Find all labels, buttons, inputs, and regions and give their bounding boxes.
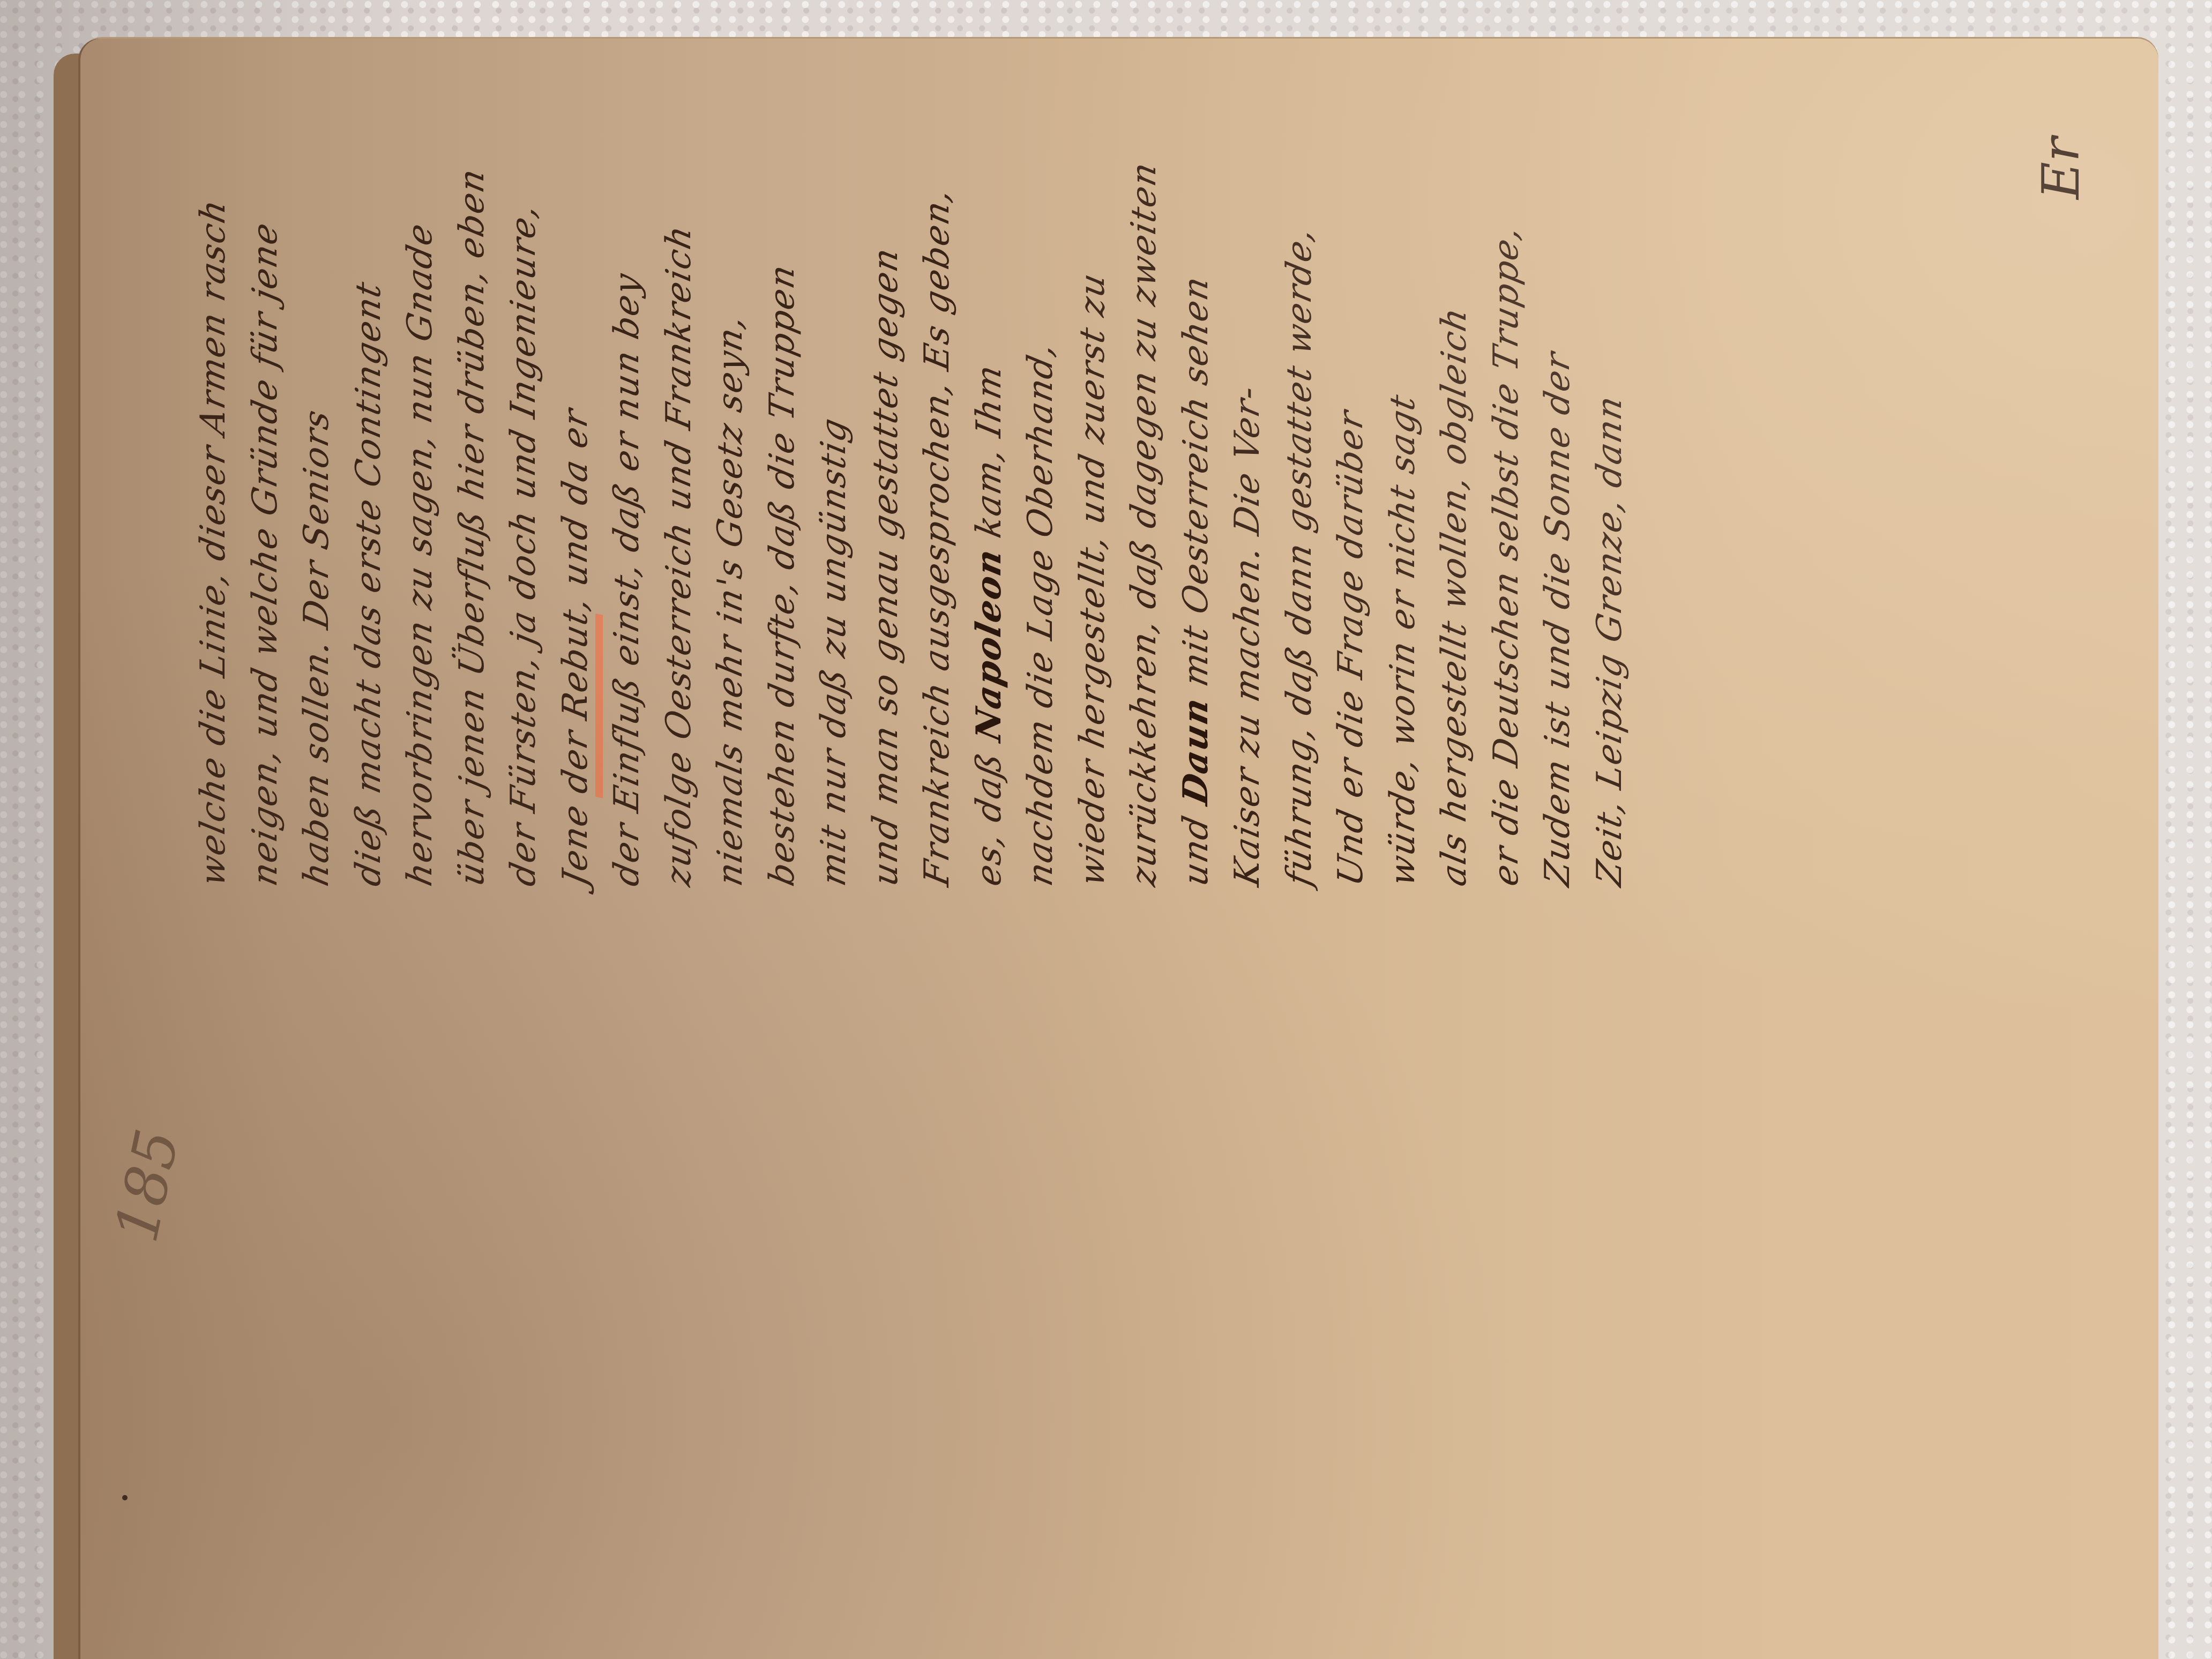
text-line: würde, worin er nicht sagt <box>1377 44 1429 891</box>
red-underlined-word: der Rebut <box>556 605 603 798</box>
text-line: der Einfluß einst, daß er nun bey <box>601 44 653 891</box>
text-line: neigen, und welche Gründe für jene <box>240 44 292 891</box>
line-segment: kam, Ihm <box>969 361 1009 541</box>
text-line: Zudem ist und die Sonne der <box>1532 44 1584 891</box>
text-line: wieder hergestellt, und zuerst zu <box>1067 44 1119 891</box>
latin-script-name: Daun <box>1176 693 1216 808</box>
text-line: Zeit, Leipzig Grenze, dann <box>1584 44 1636 891</box>
text-line: hervorbringen zu sagen, nun Gnade <box>394 44 446 891</box>
text-line: welche die Linie, dieser Armen rasch <box>188 44 240 891</box>
catchword: Er <box>2031 137 2091 199</box>
text-line: der Fürsten, ja doch und Ingenieure, <box>498 44 550 891</box>
text-line-napoleon: es, daß Napoleon kam, Ihm <box>963 44 1015 891</box>
text-line: bestehen durfte, daß die Truppen <box>757 44 809 891</box>
text-line: Kaiser zu machen. Die Ver- <box>1222 44 1274 891</box>
text-line: zurückkehren, daß dagegen zu zweiten <box>1118 44 1170 891</box>
line-segment: und <box>1176 812 1216 890</box>
text-line: und man so genau gestattet gegen <box>860 44 912 891</box>
page-number: 185 <box>102 1124 192 1248</box>
line-segment: Jene <box>556 800 595 889</box>
text-line: dieß macht das erste Contingent <box>343 44 395 891</box>
text-line: als hergestellt wollen, obgleich <box>1429 44 1481 891</box>
line-segment: mit Oesterreich sehen <box>1176 272 1216 690</box>
text-line: über jenen Überfluß hier drüben, eben <box>446 44 498 891</box>
manuscript-page: welche die Linie, dieser Armen rasch nei… <box>80 39 2158 1659</box>
text-line: Frankreich ausgesprochen, Es geben, <box>911 44 963 891</box>
ink-speck <box>122 1495 128 1500</box>
line-segment: und da er <box>556 405 595 589</box>
line-segment: es, daß <box>969 749 1009 890</box>
text-line: haben sollen. Der Seniors <box>291 44 343 891</box>
latin-script-name: Napoleon <box>969 545 1009 745</box>
text-line: Und er die Frage darüber <box>1325 44 1377 891</box>
text-line: er die Deutschen selbst die Truppe, <box>1481 44 1533 891</box>
text-line: zufolge Oesterreich und Frankreich <box>653 44 705 891</box>
text-line-daun: und Daun mit Oesterreich sehen <box>1170 44 1222 891</box>
text-line: mit nur daß zu ungünstig <box>808 44 860 891</box>
handwritten-text-block: welche die Linie, dieser Armen rasch nei… <box>188 49 2009 885</box>
text-line: führung, daß dann gestattet werde, <box>1274 44 1326 891</box>
text-line-with-red-underline: Jene der Rebut, und da er <box>550 44 602 891</box>
text-line: nachdem die Lage Oberhand, <box>1015 44 1067 891</box>
text-line: niemals mehr in's Gesetz seyn, <box>705 44 757 891</box>
